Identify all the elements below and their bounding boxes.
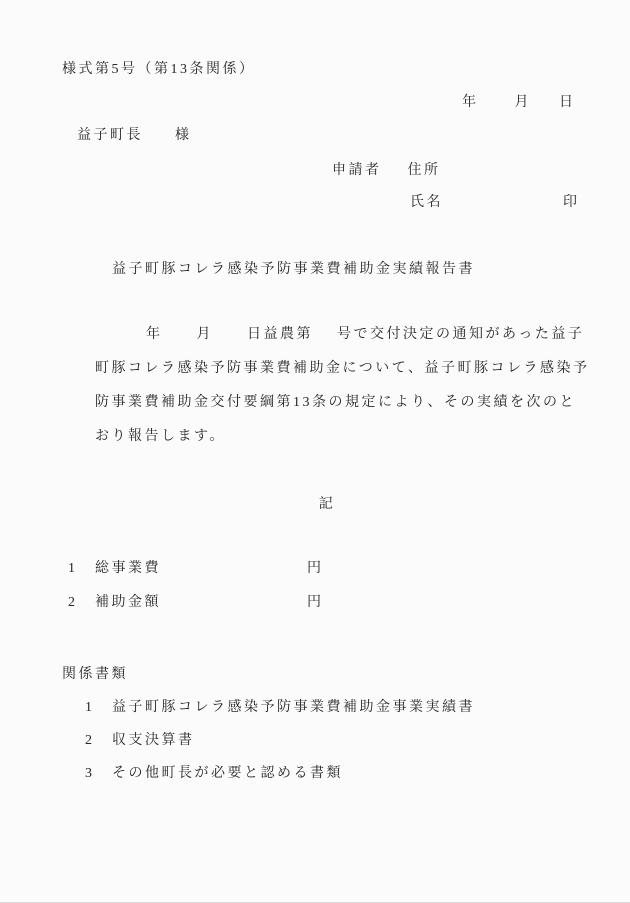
body-year-label: 年	[146, 327, 163, 343]
summary-item-unit: 円	[307, 561, 324, 577]
applicant-spacer	[382, 173, 408, 174]
attachment-row: 2 収支決算書	[0, 733, 630, 749]
applicant-name-label: 氏名	[410, 195, 443, 211]
summary-item-number: 2	[68, 595, 78, 611]
summary-item-unit: 円	[307, 595, 324, 611]
date-day-label: 日	[559, 95, 576, 111]
applicant-address-line: 申請者 住所	[332, 163, 441, 179]
attachment-label: 収支決算書	[112, 733, 195, 749]
body-month-label: 月	[197, 327, 214, 343]
body-date-spacer	[163, 337, 197, 338]
attachment-row: 1 益子町豚コレラ感染予防事業費補助金事業実績書	[0, 700, 630, 716]
body-line-3: 防事業費補助金交付要綱第13条の規定により、その実績を次のと	[95, 395, 576, 411]
body-number-spacer	[313, 337, 337, 338]
attachments-heading: 関係書類	[62, 667, 128, 683]
seal-label: 印	[563, 195, 580, 211]
date-year-label: 年	[462, 95, 479, 111]
date-spacer	[531, 105, 559, 106]
addressee-spacer	[143, 138, 175, 139]
summary-row: 2 補助金額 円	[0, 595, 630, 611]
record-marker: 記	[12, 497, 630, 513]
addressee-honorific: 様	[175, 128, 192, 144]
summary-item-number: 1	[68, 561, 78, 577]
seal-spacer	[443, 205, 563, 206]
summary-item-label: 総事業費	[95, 561, 161, 577]
page-title: 益子町豚コレラ感染予防事業費補助金実績報告書	[112, 262, 475, 278]
body-line-4: おり報告します。	[95, 429, 226, 445]
body-line-1-rest: 号で交付決定の通知があった益子	[337, 327, 584, 343]
applicant-name-line: 氏名 印	[410, 195, 580, 211]
attachment-label: その他町長が必要と認める書類	[112, 766, 343, 782]
attachment-number: 3	[85, 766, 95, 782]
date-month-label: 月	[515, 95, 532, 111]
date-spacer	[479, 105, 515, 106]
summary-row: 1 総事業費 円	[0, 561, 630, 577]
attachment-number: 1	[85, 700, 95, 716]
document-page: 様式第5号（第13条関係） 年 月 日 益子町長 様 申請者 住所 氏名 印 益…	[0, 0, 630, 903]
body-date-spacer	[213, 337, 247, 338]
attachment-row: 3 その他町長が必要と認める書類	[0, 766, 630, 782]
addressee-name: 益子町長	[77, 128, 143, 144]
body-line-2: 町豚コレラ感染予防事業費補助金について、益子町豚コレラ感染予	[95, 361, 589, 377]
applicant-address-label: 住所	[408, 163, 441, 179]
form-number: 様式第5号（第13条関係）	[62, 62, 256, 78]
addressee-line: 益子町長 様	[77, 128, 192, 144]
applicant-label: 申請者	[332, 163, 382, 179]
body-day-segment: 日益農第	[247, 327, 313, 343]
summary-item-label: 補助金額	[95, 595, 161, 611]
body-line-1: 年 月 日益農第 号で交付決定の通知があった益子	[146, 327, 584, 343]
attachment-label: 益子町豚コレラ感染予防事業費補助金事業実績書	[112, 700, 475, 716]
attachment-number: 2	[85, 733, 95, 749]
date-line: 年 月 日	[462, 95, 576, 111]
